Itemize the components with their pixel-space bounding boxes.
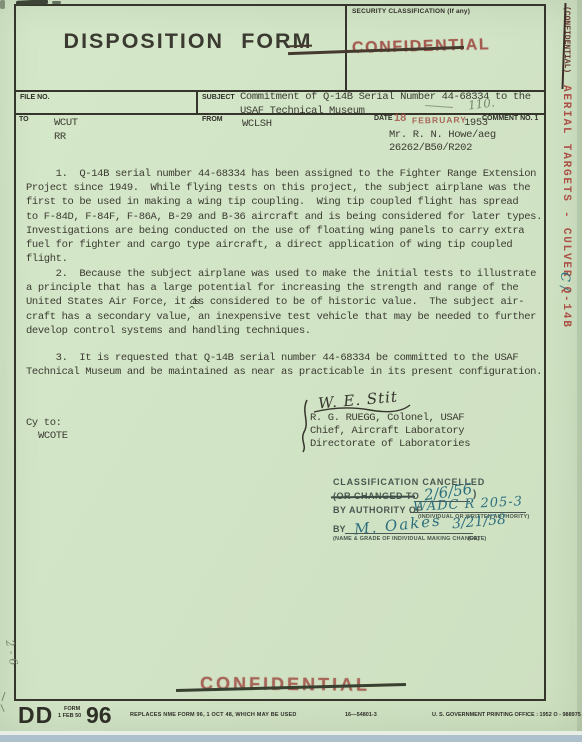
security-classification-label: SECURITY CLASSIFICATION (If any) — [352, 8, 470, 15]
print-code: 16—54801-3 — [345, 712, 377, 718]
replaces-note: REPLACES NME FORM 96, 1 OCT 48, WHICH MA… — [130, 712, 297, 718]
paragraph-3: 3. It is requested that Q-14B serial num… — [26, 351, 542, 379]
date-label: DATE — [374, 115, 393, 122]
from-label: FROM — [202, 116, 223, 123]
by-authority-label: BY AUTHORITY OF — [333, 505, 422, 515]
scan-smudge — [0, 0, 5, 9]
form-title: DISPOSITION FORM — [64, 30, 313, 54]
scan-smudge — [52, 1, 61, 4]
comment-no-label: COMMENT NO. 1 — [482, 115, 538, 122]
by-label: BY — [333, 524, 346, 534]
fileno-subject-divider — [196, 90, 198, 113]
date-stamp-month: FEBRUARY — [412, 115, 467, 126]
scanned-disposition-form: { "header": { "title": "DISPOSITION FORM… — [0, 0, 582, 742]
form-word: FORM — [64, 706, 80, 712]
signer-org: Directorate of Laboratories — [310, 437, 470, 451]
scan-bottom-blue-strip — [0, 735, 582, 742]
form-number: 96 — [86, 702, 112, 729]
by-sublabel: (NAME & GRADE OF INDIVIDUAL MAKING CHANG… — [333, 536, 479, 542]
by-rule — [345, 533, 473, 534]
insertion-text: as — [190, 297, 200, 307]
scan-edge-shadow — [577, 0, 582, 734]
from-value: WCLSH — [242, 117, 272, 131]
to-value: WCUT RR — [54, 117, 78, 144]
form-date: 1 FEB 50 — [58, 713, 81, 719]
to-label: TO — [19, 116, 29, 123]
insertion-caret: ^ — [188, 306, 196, 316]
date-sublabel: (DATE) — [468, 536, 486, 542]
paragraph-2: 2. Because the subject airplane was used… — [26, 267, 536, 338]
file-no-label: FILE NO. — [20, 94, 50, 101]
dd-form-mark: DD — [18, 702, 53, 729]
cy-to-value: WCOTE — [38, 429, 68, 443]
header-divider — [345, 4, 347, 90]
date-stamp-day: 18 — [394, 112, 406, 124]
paragraph-1: 1. Q-14B serial number 44-68334 has been… — [26, 167, 542, 266]
gpo-imprint: U. S. GOVERNMENT PRINTING OFFICE : 1952 … — [432, 712, 581, 718]
subject-label: SUBJECT — [202, 94, 235, 101]
margin-handwritten-note: C / — [557, 272, 572, 312]
office-code-line: 26262/B50/R202 — [389, 141, 472, 155]
